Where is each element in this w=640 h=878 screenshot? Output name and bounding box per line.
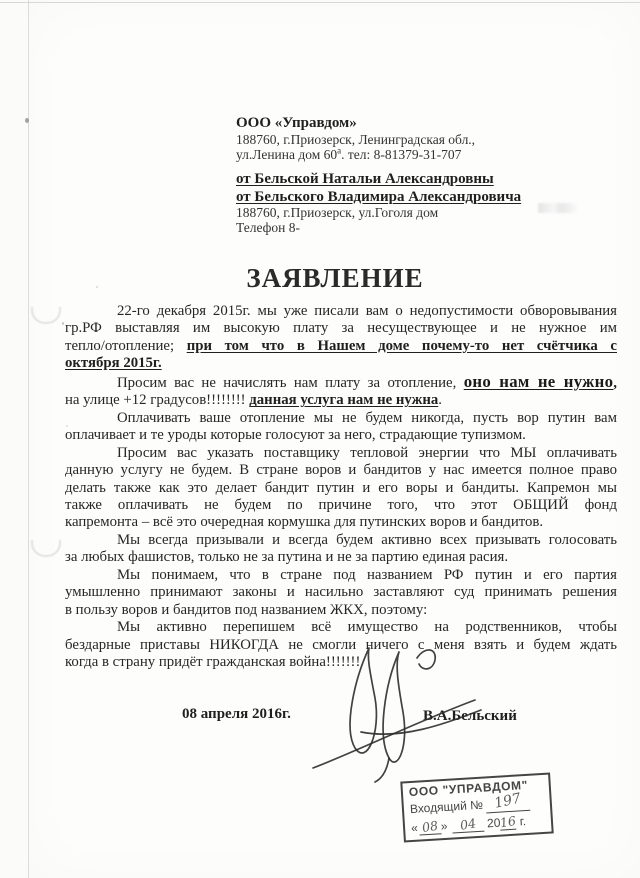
text-line: ул.Ленина дом 60а. тел: 8-81379-31-707: [236, 147, 475, 162]
stamp-year: 16: [499, 813, 517, 830]
stamp-month-blank: 04: [451, 816, 484, 834]
text-line: 188760, г.Приозерск, ул.Гоголя дом: [236, 206, 521, 221]
body-line: 22-го декабря 2015г. мы уже писали вам о…: [65, 303, 617, 320]
scanned-letter-page: ООО «Управдом»188760, г.Приозерск, Ленин…: [0, 0, 640, 878]
recipient-address-block: ООО «Управдом»188760, г.Приозерск, Ленин…: [236, 114, 475, 162]
body-line: данную услугу не будем. В стране воров и…: [65, 462, 617, 479]
body-line: Мы активно перепишем всё имущество на ро…: [65, 619, 617, 636]
document-title: ЗАЯВЛЕНИЕ: [59, 263, 611, 294]
body-line: гр.РФ выставляя им высокую плату за несу…: [65, 320, 617, 337]
signature-date: 08 апреля 2016г.: [182, 706, 291, 723]
body-line: оплачивает и те уроды которые голосуют з…: [65, 427, 617, 444]
stamp-incoming-label: Входящий №: [410, 798, 484, 816]
body-line: делать также как это делает бандит путин…: [65, 480, 617, 497]
text-line: ООО «Управдом»: [236, 114, 475, 132]
letter-body: 22-го декабря 2015г. мы уже писали вам о…: [65, 303, 617, 672]
text-line: 188760, г.Приозерск, Ленинградская обл.,: [236, 132, 475, 147]
scan-edge-line: [0, 2, 640, 3]
text-line: от Бельской Натальи Александровны: [236, 171, 521, 189]
stamp-quote-close: »: [440, 819, 449, 833]
body-line: на улице +12 градусов!!!!!!!! данная усл…: [65, 392, 617, 409]
body-line: Мы понимаем, что в стране под названием …: [65, 567, 617, 584]
stamp-month: 04: [459, 815, 477, 832]
body-line: Мы всегда призывали и всегда будем актив…: [65, 532, 617, 549]
handwritten-signature: [297, 636, 492, 786]
text-line: от Бельского Владимира Александровича: [236, 189, 521, 207]
stamp-day-blank: 08: [418, 818, 441, 835]
stamp-year-blank: 16: [500, 814, 517, 831]
body-line: Просим вас указать поставщику тепловой э…: [65, 445, 617, 462]
stamp-day: 08: [421, 818, 439, 835]
scan-speck: [62, 322, 64, 325]
body-line: умышленно принимают законы и насильно за…: [65, 584, 617, 601]
sender-info-block: от Бельской Натальи Александровныот Бель…: [236, 171, 521, 235]
body-line: Оплачивать ваше отопление мы не будем ни…: [65, 410, 617, 427]
stamp-number-blank: 197: [486, 794, 531, 814]
body-line: октября 2015г.: [65, 355, 617, 372]
body-line: капремонта – всё это очередная кормушка …: [65, 514, 617, 531]
scan-speck: [25, 118, 29, 123]
body-line: Просим вас не начислять нам плату за ото…: [65, 373, 617, 392]
erased-text-smudge: [538, 203, 576, 213]
body-line: также оплачивать не будем по причине тог…: [65, 497, 617, 514]
text-line: Телефон 8-: [236, 221, 521, 236]
incoming-stamp: ООО "УПРАВДОМ" Входящий № 197 «08» 04 20…: [400, 772, 553, 842]
body-line: за любых фашистов, только не за путина и…: [65, 549, 617, 566]
stamp-year-suffix: г.: [519, 814, 526, 828]
body-line: в пользу воров и бандитов под названием …: [65, 602, 617, 619]
body-line: тепло/отопление; при том что в Нашем дом…: [65, 338, 617, 355]
